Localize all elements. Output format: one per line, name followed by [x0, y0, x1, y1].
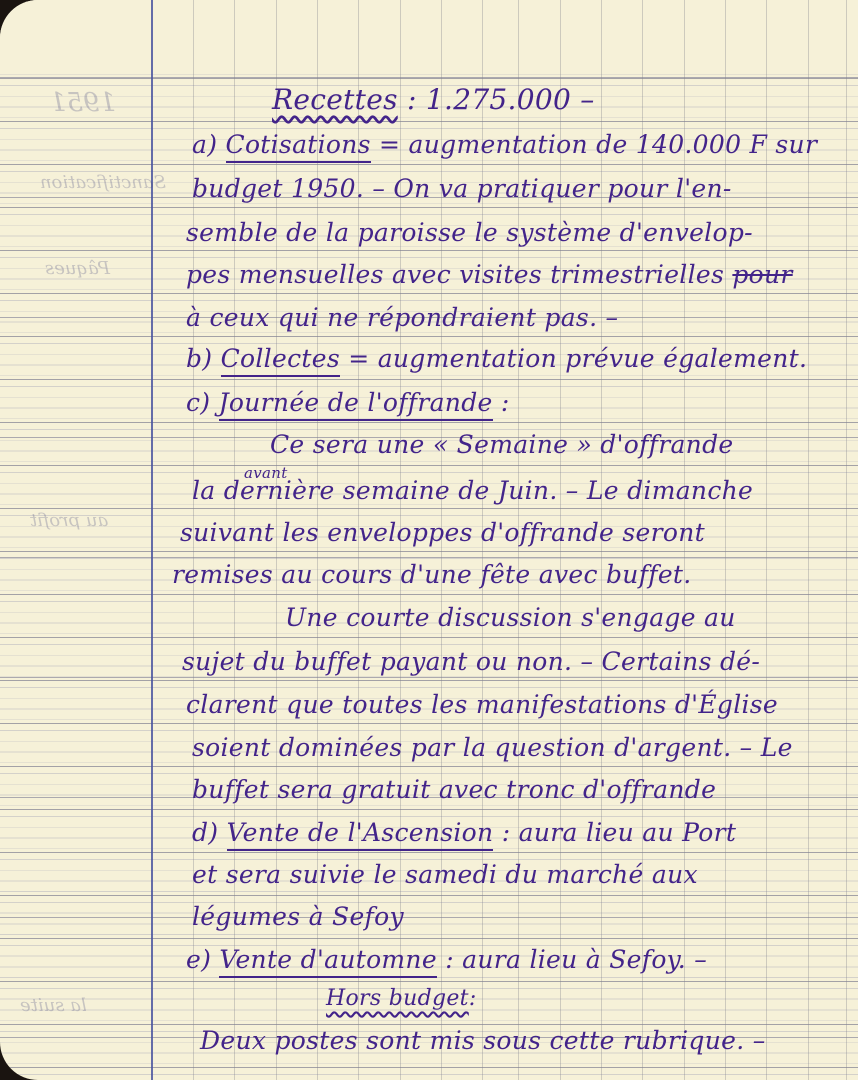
text-line: la dernière semaine de Juin. – Le dimanc… [192, 478, 753, 503]
section-title: Journée de l'offrande [219, 388, 493, 421]
text-line: Deux postes sont mis sous cette rubrique… [200, 1028, 766, 1053]
section-a-title-line: a) Cotisations = augmentation de 140.000… [192, 132, 817, 157]
section-title: Cotisations [226, 130, 371, 163]
rule-line [0, 121, 858, 122]
text-span: pes mensuelles avec visites trimestriell… [186, 260, 724, 289]
grid-line [766, 0, 767, 1080]
notebook-page: 1951 Sanctification Pâques au profit la … [0, 0, 858, 1080]
text-line: légumes à Sefoy [192, 904, 404, 929]
rule-line [0, 1024, 858, 1025]
margin-line [151, 0, 153, 1080]
rule-line [0, 895, 858, 896]
section-e-line: e) Vente d'automne : aura lieu à Sefoy. … [186, 947, 707, 972]
bleed-through-text: la suite [20, 995, 87, 1016]
rule-line [0, 1067, 858, 1068]
rule-line [0, 207, 858, 208]
rule-line [0, 551, 858, 552]
heading-amount: 1.275.000 – [426, 83, 595, 116]
section-text: : aura lieu au Port [502, 818, 737, 847]
heading-label: Recettes [272, 83, 398, 116]
text-line: suivant les enveloppes d'offrande seront [180, 520, 705, 545]
section-title: Vente de l'Ascension [227, 818, 494, 851]
section-c-title-line: c) Journée de l'offrande : [186, 390, 510, 415]
rule-line [0, 938, 858, 939]
section-text: = augmentation de 140.000 F sur [379, 130, 817, 159]
grid-line [846, 0, 847, 1080]
rule-line [0, 465, 858, 466]
text-line: clarent que toutes les manifestations d'… [186, 692, 778, 717]
text-line: semble de la paroisse le système d'envel… [186, 220, 753, 245]
rule-line [0, 981, 858, 982]
grid-line [725, 0, 726, 1080]
section-marker: c) [186, 388, 210, 417]
text-line: budget 1950. – On va pratiquer pour l'en… [192, 176, 732, 201]
rule-line [0, 637, 858, 638]
section-text: : [501, 388, 510, 417]
text-line: soient dominées par la question d'argent… [192, 735, 793, 760]
section-b-line: b) Collectes = augmentation prévue égale… [186, 346, 807, 371]
bleed-through-text: au profit [30, 510, 108, 531]
hors-budget-title: Hors budget [326, 986, 469, 1011]
text-line: buffet sera gratuit avec tronc d'offrand… [192, 777, 716, 802]
rule-line [0, 422, 858, 423]
text-line: et sera suivie le samedi du marché aux [192, 862, 698, 887]
section-d-title-line: d) Vente de l'Ascension : aura lieu au P… [192, 820, 736, 845]
text-line: sujet du buffet payant ou non. – Certain… [182, 649, 760, 674]
section-title: Vente d'automne [219, 945, 437, 978]
hors-budget-separator: : [469, 986, 477, 1011]
hors-budget-heading: Hors budget: [326, 988, 477, 1010]
rule-line [0, 78, 858, 79]
bleed-through-year: 1951 [50, 88, 116, 118]
text-line: remises au cours d'une fête avec buffet. [172, 562, 692, 587]
text-line: à ceux qui ne répondraient pas. – [186, 305, 618, 330]
rule-line [0, 164, 858, 165]
section-marker: d) [192, 818, 218, 847]
rule-line [0, 766, 858, 767]
struck-word: pour [732, 260, 792, 289]
rule-line [0, 336, 858, 337]
bleed-through-text: Pâques [45, 258, 110, 279]
grid-line [808, 0, 809, 1080]
section-marker: a) [192, 130, 217, 159]
rule-line [0, 293, 858, 294]
heading: Recettes : 1.275.000 – [272, 86, 595, 114]
rule-line [0, 594, 858, 595]
rule-line [0, 809, 858, 810]
section-title: Collectes [221, 344, 340, 377]
rule-line [0, 680, 858, 681]
rule-line [0, 379, 858, 380]
section-marker: e) [186, 945, 211, 974]
section-text: = augmentation prévue également. [348, 344, 807, 373]
section-text: : aura lieu à Sefoy. – [445, 945, 707, 974]
rule-line [0, 508, 858, 509]
bleed-through-text: Sanctification [40, 172, 166, 193]
text-line: Une courte discussion s'engage au [285, 605, 736, 630]
section-marker: b) [186, 344, 212, 373]
rule-line [0, 852, 858, 853]
rule-line [0, 250, 858, 251]
rule-line [0, 723, 858, 724]
text-line: Ce sera une « Semaine » d'offrande [270, 432, 733, 457]
text-line: pes mensuelles avec visites trimestriell… [186, 262, 793, 287]
heading-separator: : [407, 83, 417, 116]
